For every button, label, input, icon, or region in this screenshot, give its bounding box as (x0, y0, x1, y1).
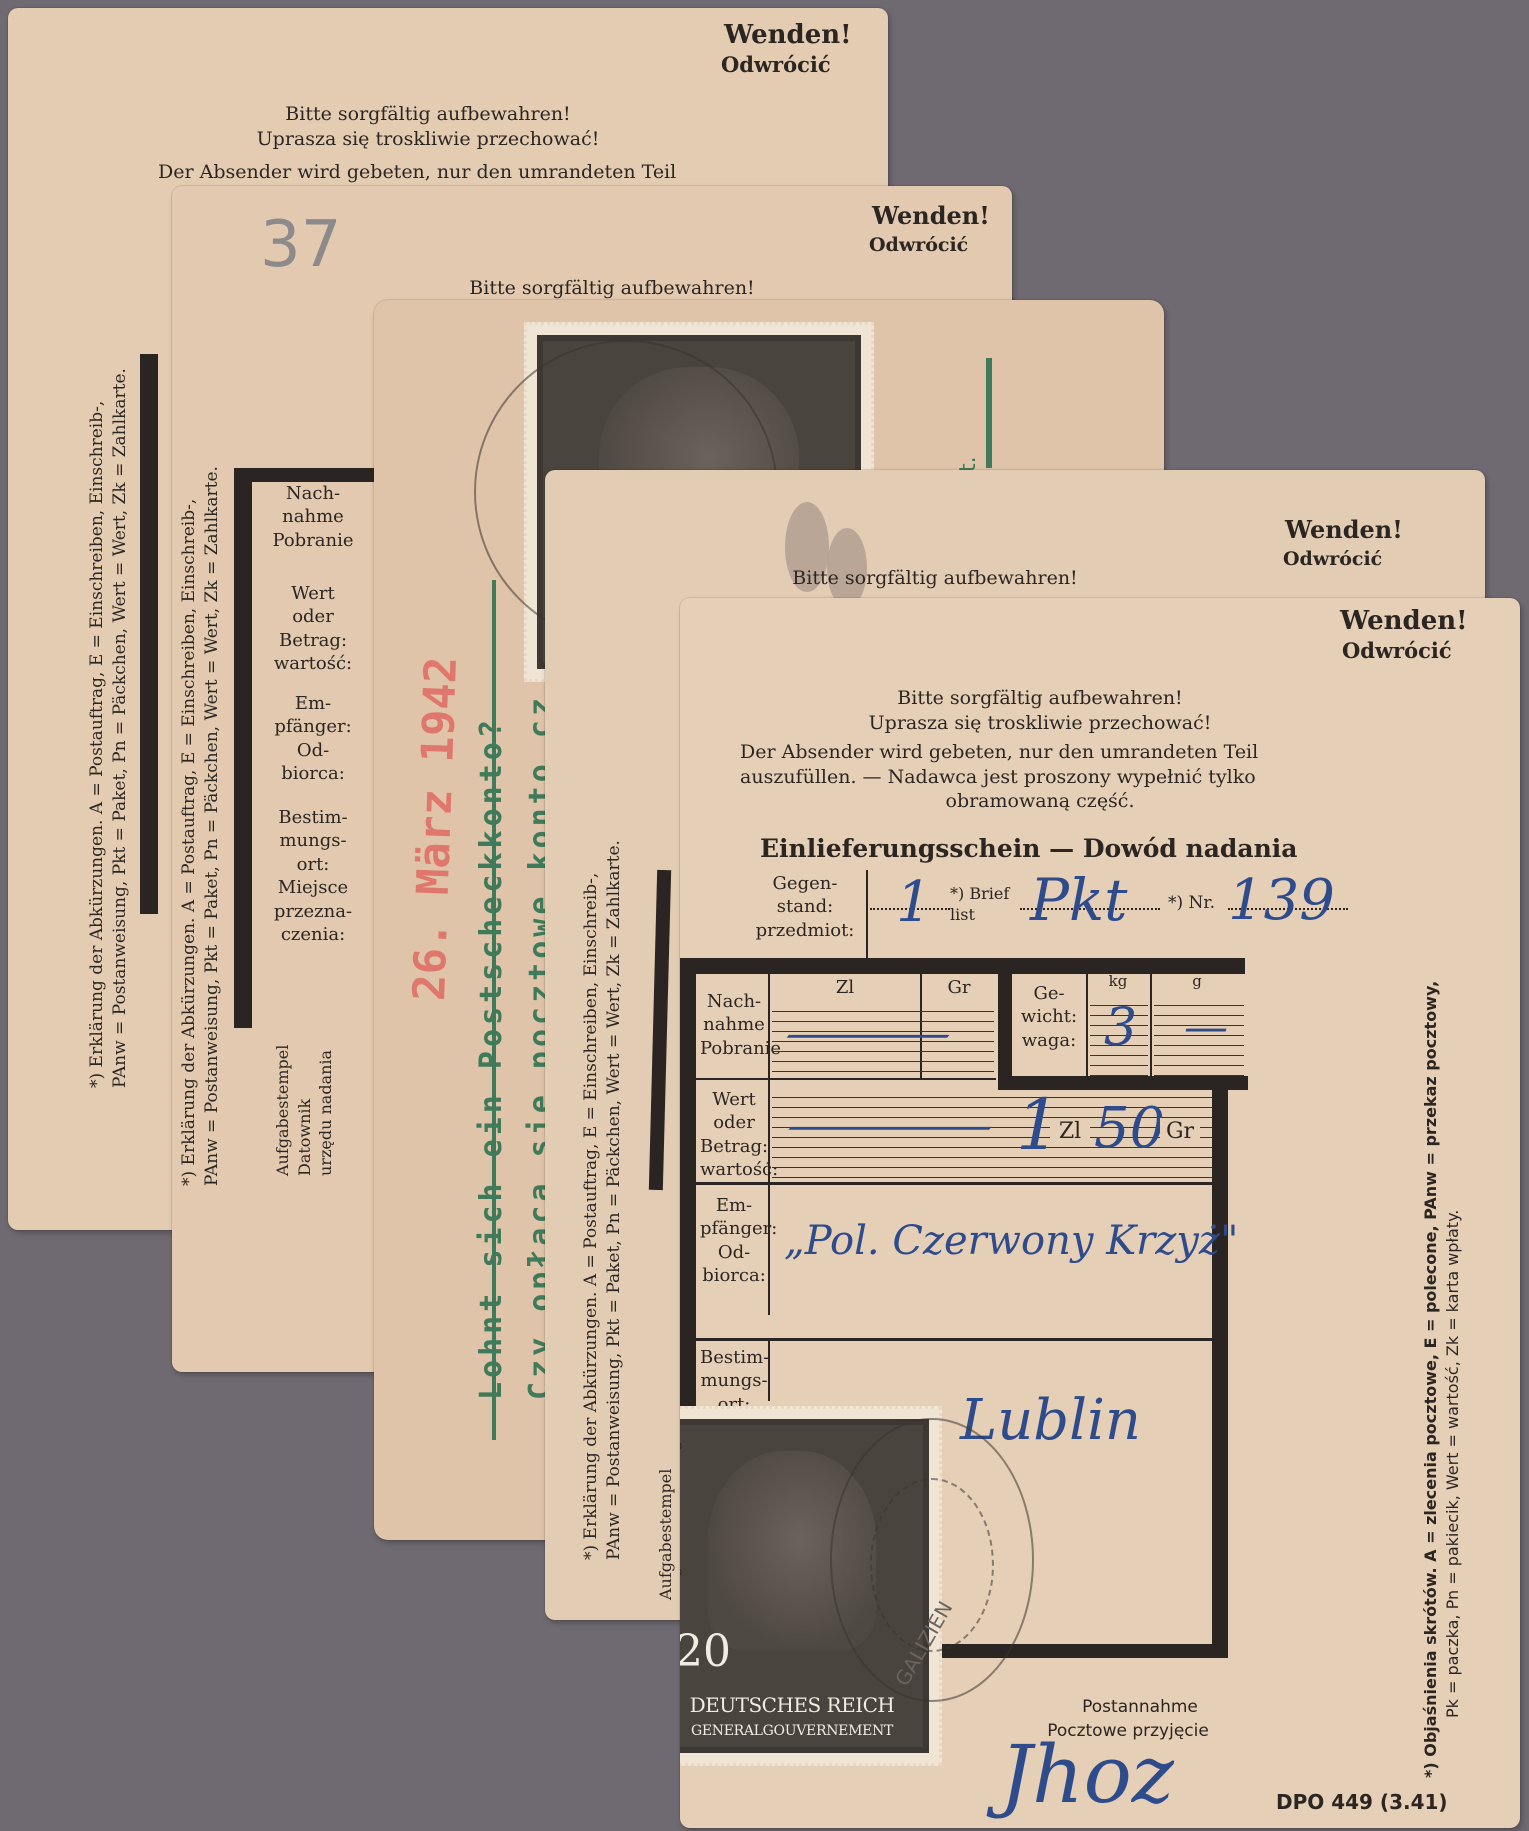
empfaenger-label: Em- pfänger: Od- biorca: (258, 692, 368, 786)
sender-instruction: Der Absender wird gebeten, nur den umran… (740, 740, 1340, 814)
divider (696, 1338, 1212, 1341)
green-rule-short (986, 358, 992, 468)
form-title: Einlieferungsschein — Dowód nadania (760, 834, 1298, 863)
gr-header: Gr (922, 976, 996, 999)
handwritten-g: — (1184, 1002, 1228, 1053)
handwritten-kg: 3 (1104, 998, 1137, 1058)
empfaenger-label: Em- pfänger: Od- biorca: (700, 1194, 768, 1288)
form-border (234, 468, 252, 1028)
keep-de: Bitte sorgfältig aufbewahren! (208, 102, 648, 127)
footnote-pl-line-1: *) Objaśnienia skrótów. A = zlecenia poc… (1420, 981, 1442, 1778)
wert-label: Wert oder Betrag: wartość: (258, 582, 368, 676)
aufgabestempel-pl: Datownik (294, 1045, 316, 1176)
divider (768, 1080, 770, 1182)
handwritten-value-dash: — (780, 1100, 1000, 1151)
handwritten-item: Pkt (1030, 866, 1127, 934)
postannahme-label: Postannahme (1060, 1696, 1220, 1718)
keep-de: Bitte sorgfältig aufbewahren! (735, 566, 1135, 591)
wenden-heading: Wenden! (1285, 518, 1403, 542)
stamp-value: 20 (680, 1626, 731, 1677)
form-border-top (234, 468, 384, 482)
wenden-heading: Wenden! (872, 204, 990, 228)
instr-line-2: auszufüllen. — Nadawca jest proszony wyp… (740, 765, 1340, 790)
nachnahme-label: Nach- nahme Pobranie (700, 990, 768, 1060)
kg-header: kg (1088, 972, 1148, 992)
abbrev-footnote-pl: *) Objaśnienia skrótów. A = zlecenia poc… (1420, 981, 1463, 1778)
nachnahme-label: Nach- nahme Pobranie (258, 482, 368, 552)
abbrev-footnote: *) Erklärung der Abkürzungen. A = Postau… (86, 368, 132, 1088)
pencil-note: 37 (260, 208, 341, 282)
footnote-line-2: PAnw = Postanweisung, Pkt = Paket, Pn = … (201, 466, 224, 1186)
postscheck-de: Lohnt sich ein Postscheckkonto? (472, 694, 513, 1400)
abbrev-footnote: *) Erklärung der Abkürzungen. A = Postau… (580, 840, 626, 1560)
abbrev-footnote-de-partial: *) Erklärung der Abkürzungen. A = Postau… (680, 1021, 684, 1668)
aufgabestempel-pl-2: urzędu nadania (315, 1045, 337, 1176)
aufgabestempel-label: Aufgabestempel (655, 1469, 677, 1600)
divider (866, 870, 868, 960)
zl-header: Zl (770, 976, 920, 999)
keep-instruction: Bitte sorgfältig aufbewahren! Uprasza si… (780, 686, 1300, 735)
wert-label: Wert oder Betrag: wartość: (700, 1088, 768, 1182)
g-header: g (1152, 972, 1242, 992)
keep-pl: Uprasza się troskliwie przechować! (208, 127, 648, 152)
weight-border (998, 974, 1012, 1078)
abbrev-footnote: *) Erklärung der Abkürzungen. A = Postau… (178, 466, 224, 1186)
footnote-line-2: PAnw = Postanweisung, Pkt = Paket, Pn = … (109, 368, 132, 1088)
instr-line-3: obramowaną część. (740, 789, 1340, 814)
receipt-card-main: Wenden! Odwrócić Bitte sorgfältig aufbew… (680, 598, 1520, 1828)
stamp-caption-1: DEUTSCHES REICH (680, 1693, 923, 1717)
odwrocic-heading: Odwrócić (1283, 550, 1382, 569)
keep-instruction: Bitte sorgfältig aufbewahren! Uprasza si… (208, 102, 648, 151)
gegenstand-label: Gegen- stand: przedmiot: (750, 872, 860, 942)
wenden-heading: Wenden! (1340, 608, 1468, 634)
odwrocic-heading: Odwrócić (869, 236, 968, 255)
keep-de: Bitte sorgfältig aufbewahren! (780, 686, 1300, 711)
divider (696, 1078, 996, 1080)
divider (768, 1185, 770, 1315)
gr-unit: Gr (1160, 1118, 1200, 1147)
aufgabestempel-label: Aufgabestempel Datownik urzędu nadania (272, 1045, 337, 1176)
brief-label: *) Brief list (950, 884, 1040, 926)
handwritten-recipient: „Pol. Czerwony Krzyż" (784, 1218, 1238, 1264)
footnote-line-1: *) Erklärung der Abkürzungen. A = Postau… (86, 368, 109, 1088)
odwrocic-heading: Odwrócić (1342, 640, 1452, 661)
odwrocic-heading: Odwrócić (721, 54, 831, 75)
zl-unit: Zl (1050, 1118, 1090, 1147)
handwritten-number: 139 (1228, 868, 1335, 933)
instr-line-1: Der Absender wird gebeten, nur den umran… (740, 740, 1340, 765)
aufgabestempel-de: Aufgabestempel (272, 1045, 294, 1176)
handwritten-nachnahme-dash: — (780, 1008, 988, 1059)
table-border-right (1212, 1088, 1228, 1658)
footnote-line-1: *) Erklärung der Abkürzungen. A = Postau… (178, 466, 201, 1186)
divider (696, 1182, 1212, 1185)
postal-clerk-signature: Jhoz (1000, 1728, 1174, 1821)
footnote-pl-line-2: Pk = paczka, Pn = pakiecik, Wert = warto… (1442, 981, 1464, 1778)
wenden-heading: Wenden! (724, 22, 852, 48)
form-code: DPO 449 (3.41) (1276, 1790, 1448, 1814)
form-border (140, 354, 158, 914)
nr-label: *) Nr. (1168, 892, 1228, 914)
stamp-caption-2: GENERALGOUVERNEMENT (680, 1723, 923, 1739)
gewicht-label: Ge- wicht: waga: (1014, 982, 1084, 1052)
bestimmung-label: Bestim- mungs- ort: Miejsce przezna- cze… (258, 806, 368, 946)
divider (768, 1341, 770, 1401)
sender-instruction: Der Absender wird gebeten, nur den umran… (158, 160, 718, 185)
keep-de: Bitte sorgfältig aufbewahren! (412, 276, 812, 301)
footnote-line-1: *) Erklärung der Abkürzungen. A = Postau… (580, 840, 603, 1560)
red-datestamp: 26. März 1942 (404, 656, 467, 1002)
handwritten-count: 1 (896, 870, 932, 935)
footnote-line-2: PAnw = Postanweisung, Pkt = Paket, Pn = … (603, 840, 626, 1560)
form-border (649, 870, 671, 1190)
handwritten-value-gr: 50 (1094, 1096, 1165, 1161)
keep-pl: Uprasza się troskliwie przechować! (780, 711, 1300, 736)
